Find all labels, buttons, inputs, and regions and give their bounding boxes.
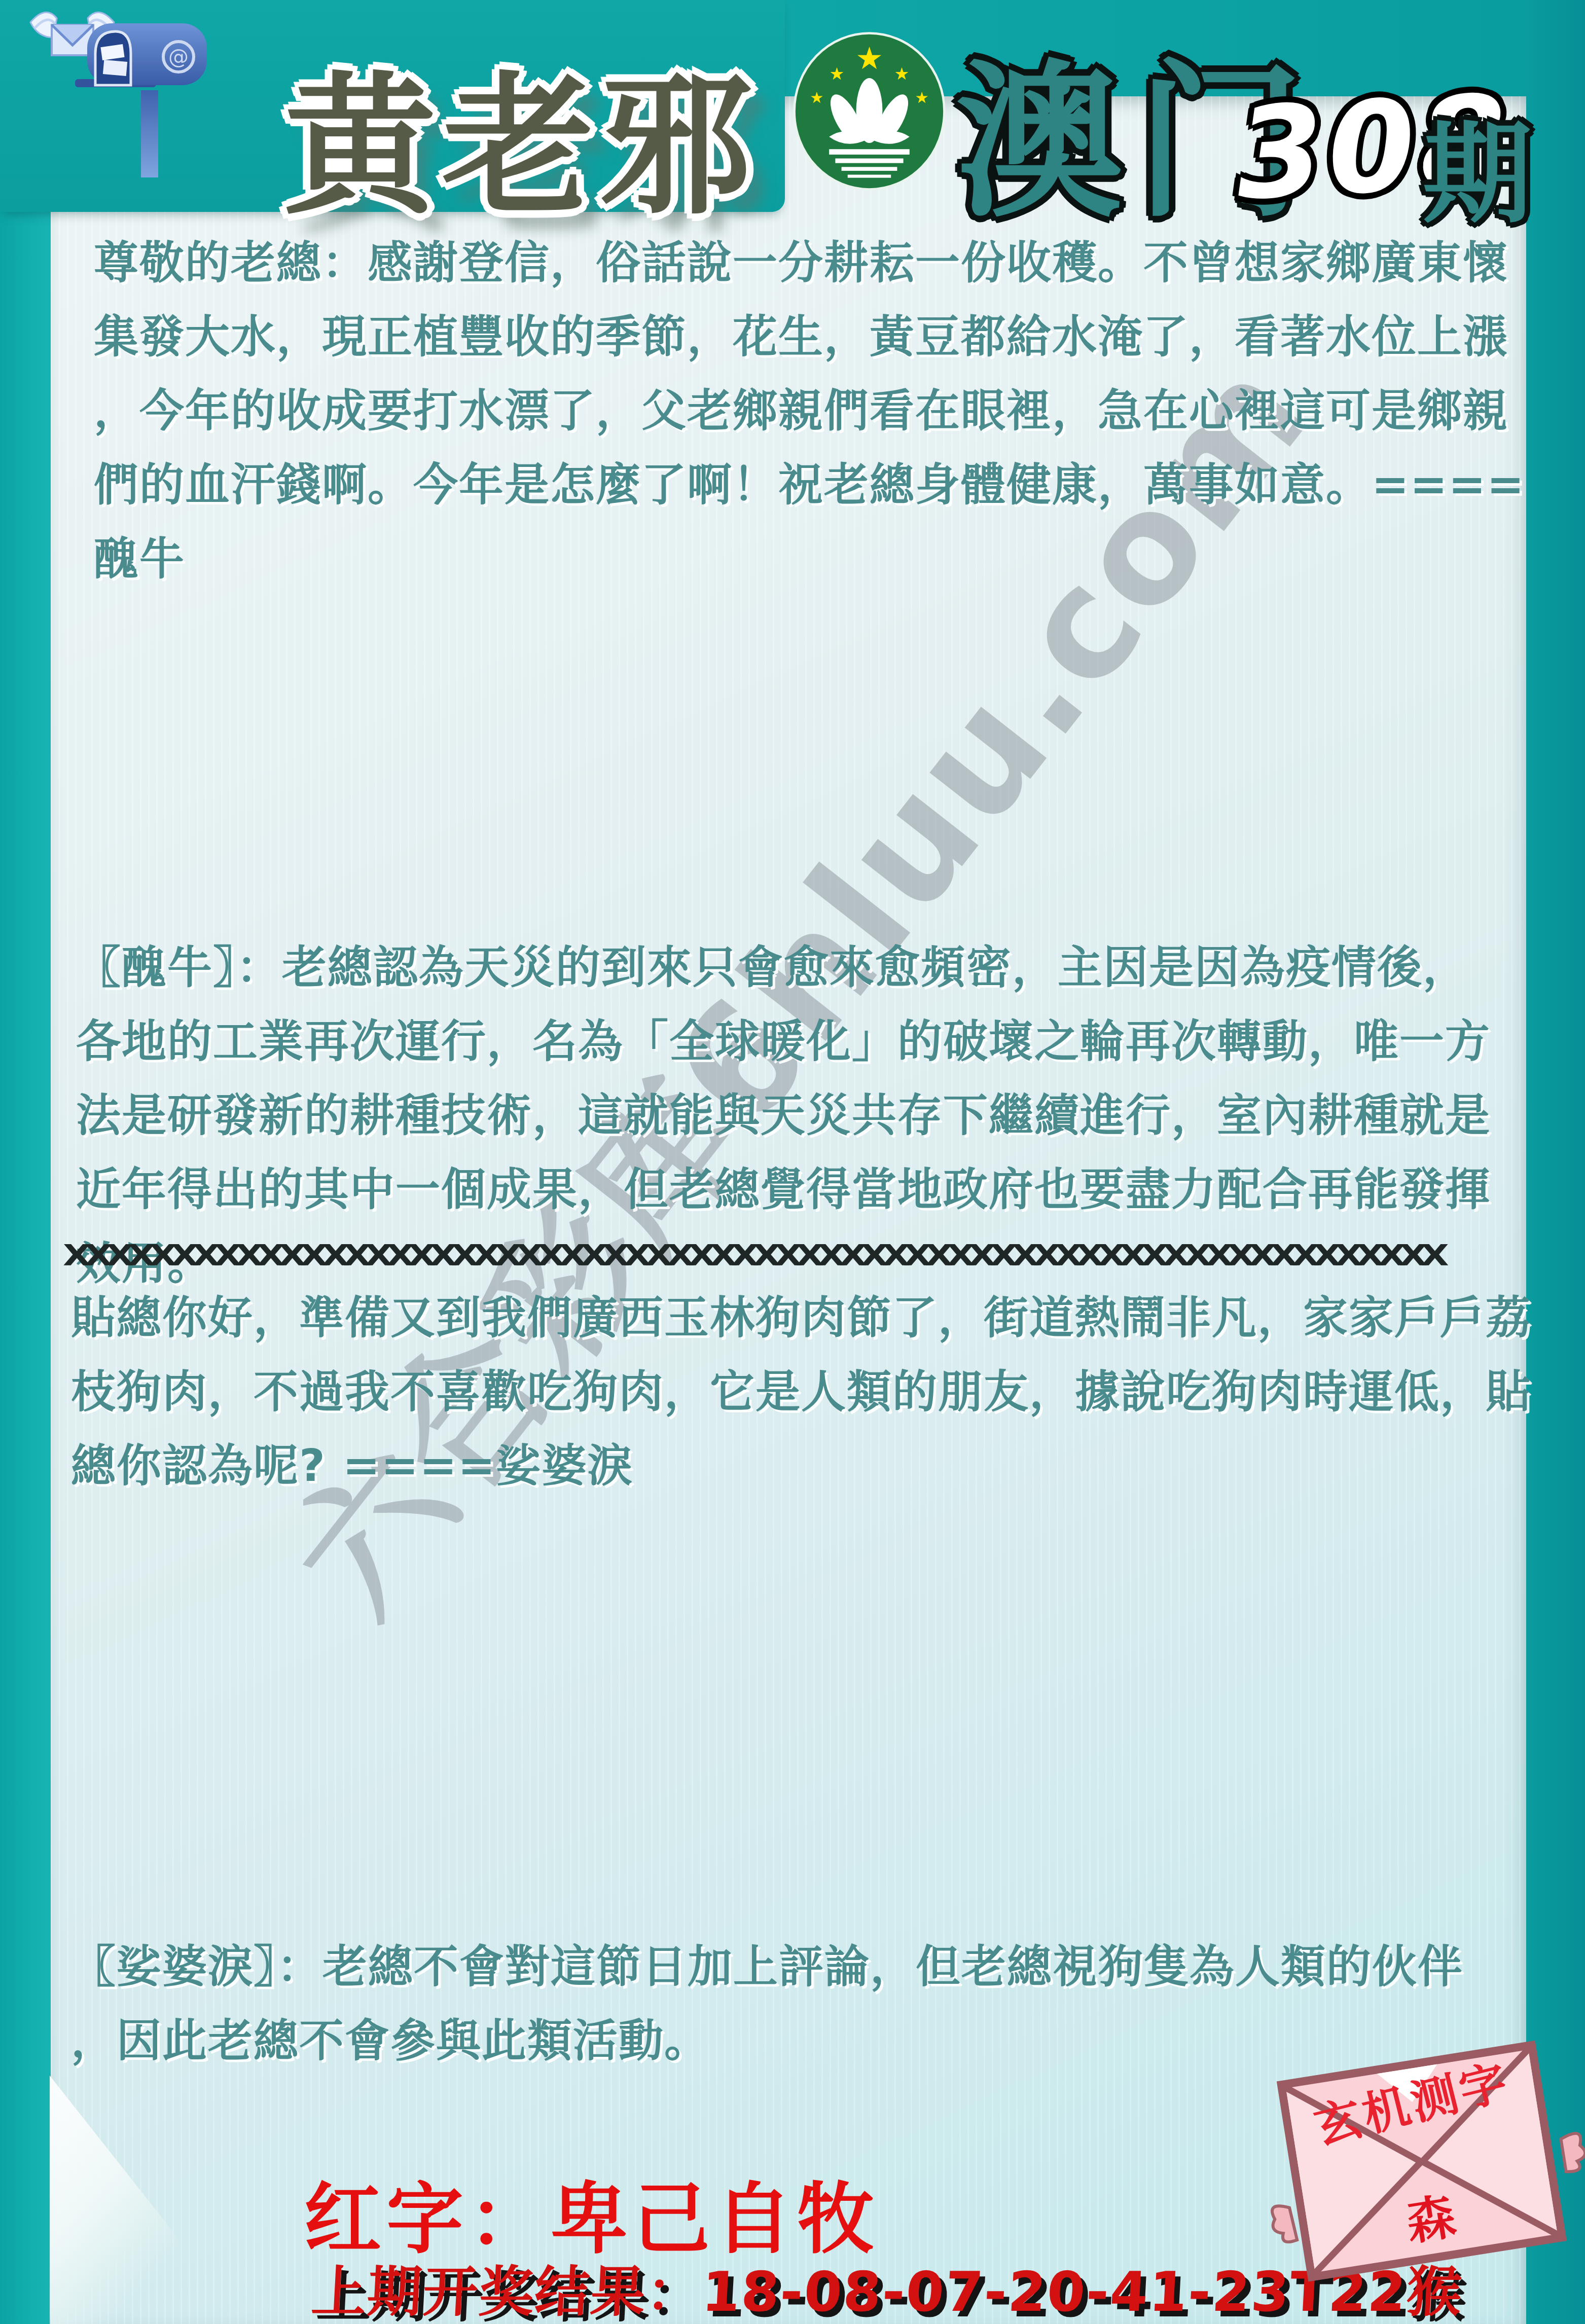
reply-line: 〖醜牛〗：老總認為天災的到來只會愈來愈頻密，主因是因為疫情後， <box>76 930 1491 1004</box>
letter-line: ，今年的收成要打水漂了，父老鄉親們看在眼裡，急在心裡這可是鄉親 <box>94 374 1525 448</box>
mailbox-icon: @ <box>71 14 223 179</box>
lottery-tip-sheet: 六合彩库6hluu.com @ 黄老邪 ★ ★ ★ ★ <box>0 0 1585 2324</box>
macau-lotus-logo: ★ ★ ★ ★ ★ <box>792 31 947 191</box>
svg-text:★: ★ <box>829 64 844 84</box>
letter-line: 醜牛 <box>94 522 1525 596</box>
svg-text:★: ★ <box>894 64 910 84</box>
letter-line: 們的血汗錢啊。今年是怎麼了啊！祝老總身體健康，萬事如意。==== <box>94 448 1525 522</box>
svg-text:@: @ <box>168 46 189 69</box>
letter-line: 總你認為呢? ====娑婆淚 <box>71 1429 1531 1503</box>
envelope-seal: 森 <box>1402 2188 1459 2252</box>
reply-line: 〖娑婆淚〗：老總不會對這節日加上評論，但老總視狗隻為人類的伙伴 <box>71 1930 1463 2004</box>
stitch-divider: XXXXXXXXXXXXXXXXXXXXXXXXXXXXXXXXXXXXXXXX… <box>63 1238 1528 1272</box>
letter2-text: 貼總你好，準備又到我們廣西玉林狗肉節了，街道熱鬧非凡，家家戶戶荔 枝狗肉，不過我… <box>71 1281 1531 1503</box>
reply-line: 法是研發新的耕種技術，這就能與天災共存下繼續進行，室內耕種就是 <box>76 1078 1491 1152</box>
letter-line: 集發大水，現正植豐收的季節，花生，黃豆都給水淹了，看著水位上漲 <box>94 300 1525 374</box>
svg-text:★: ★ <box>810 89 823 107</box>
site-title: 黄老邪 <box>284 24 759 243</box>
envelope-right-wing <box>1560 2132 1585 2172</box>
issue-unit: 期 <box>1423 87 1532 243</box>
reply2-text: 〖娑婆淚〗：老總不會對這節日加上評論，但老總視狗隻為人類的伙伴 ，因此老總不會參… <box>71 1930 1463 2078</box>
svg-text:★: ★ <box>915 89 929 107</box>
magic-envelope: 玄机测字 森 <box>1265 2034 1585 2310</box>
letter-line: 貼總你好，準備又到我們廣西玉林狗肉節了，街道熱鬧非凡，家家戶戶荔 <box>71 1281 1531 1355</box>
reply-line: ，因此老總不會參與此類活動。 <box>71 2004 1463 2078</box>
svg-text:★: ★ <box>855 41 883 77</box>
envelope-left-wing <box>1270 2204 1298 2244</box>
letter-line: 枝狗肉，不過我不喜歡吃狗肉，它是人類的朋友，據說吃狗肉時運低，貼 <box>71 1355 1531 1429</box>
mailbox-post <box>141 90 158 177</box>
reply-line: 近年得出的其中一個成果，但老總覺得當地政府也要盡力配合再能發揮 <box>76 1152 1491 1226</box>
reply-line: 各地的工業再次運行，名為「全球暖化」的破壞之輪再次轉動，唯一方 <box>76 1004 1491 1078</box>
letter1-text: 尊敬的老總：感謝登信，俗話說一分耕耘一份收穫。不曾想家鄉廣東懷 集發大水，現正植… <box>94 226 1525 596</box>
